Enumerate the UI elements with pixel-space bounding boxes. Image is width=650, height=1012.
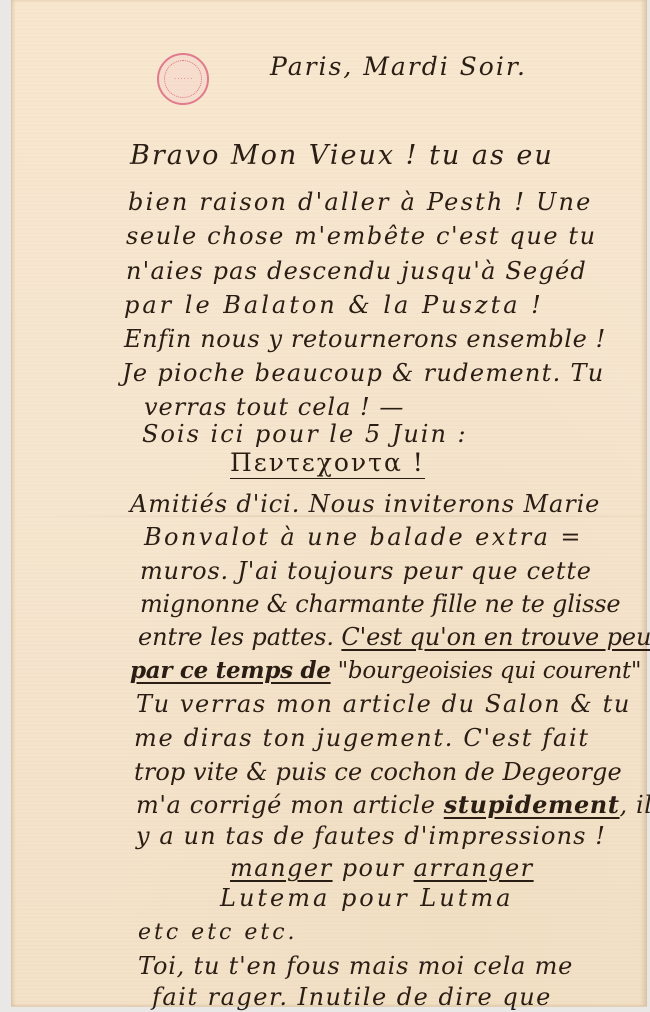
- letter-line-11: Amitiés d'ici. Nous inviterons Marie: [130, 490, 600, 518]
- letter-line-2: bien raison d'aller à Pesth ! Une: [128, 188, 593, 216]
- letter-line-9: Sois ici pour le 5 Juin :: [142, 420, 468, 448]
- underlined-phrase-1: C'est qu'on en trouve peu: [341, 623, 650, 651]
- letter-line-5: par le Balaton & la Puszta !: [124, 291, 544, 319]
- underlined-word-manger: manger: [230, 854, 333, 882]
- letter-line-14: mignonne & charmante fille ne te glisse: [140, 590, 620, 618]
- underlined-phrase-2: par ce temps de: [130, 657, 331, 684]
- letter-line-1: Bravo Mon Vieux ! tu as eu: [130, 140, 554, 171]
- letter-line-15: entre les pattes. C'est qu'on en trouve …: [138, 623, 650, 651]
- letter-page: · · · · · · Paris, Mardi Soir. Bravo Mon…: [11, 0, 647, 1007]
- letter-line-24: etc etc etc.: [138, 920, 298, 945]
- letter-line-18: me diras ton jugement. C'est fait: [134, 724, 590, 752]
- letter-line-3: seule chose m'embête c'est que tu: [126, 222, 597, 250]
- letter-line-7: Je pioche beaucoup & rudement. Tu: [122, 359, 605, 387]
- letter-line-4: n'aies pas descendu jusqu'à Segéd: [126, 257, 587, 285]
- letter-line-20: m'a corrigé mon article stupidement, il: [136, 790, 650, 819]
- letter-line-25: Toi, tu t'en fous mais moi cela me: [138, 952, 573, 980]
- letter-line-21: y a un tas de fautes d'impressions !: [136, 822, 606, 850]
- underlined-word-stupidement: stupidement: [444, 790, 620, 819]
- letter-line-greek: Πεντεχοντα !: [230, 448, 425, 477]
- letter-line-26: fait rager. Inutile de dire que: [152, 983, 552, 1011]
- letter-line-23: Lutema pour Lutma: [220, 884, 513, 912]
- letter-line-12: Bonvalot à une balade extra =: [144, 523, 583, 551]
- letter-line-17: Tu verras mon article du Salon & tu: [136, 690, 631, 718]
- letter-line-19: trop vite & puis ce cochon de Degeorge: [134, 758, 622, 786]
- letter-line-22: manger pour arranger: [230, 854, 534, 882]
- stamp-seal: · · · · · ·: [164, 60, 202, 98]
- letter-line-8: verras tout cela ! —: [144, 393, 404, 421]
- letter-line-13: muros. J'ai toujours peur que cette: [140, 557, 592, 585]
- underlined-word-arranger: arranger: [414, 854, 534, 882]
- letter-place-date: Paris, Mardi Soir.: [270, 52, 527, 81]
- library-stamp-icon: · · · · · ·: [157, 53, 209, 105]
- letter-line-16: par ce temps de "bourgeoisies qui couren…: [130, 657, 650, 684]
- letter-line-6: Enfin nous y retournerons ensemble !: [124, 325, 606, 353]
- greek-word: Πεντεχοντα !: [230, 448, 425, 479]
